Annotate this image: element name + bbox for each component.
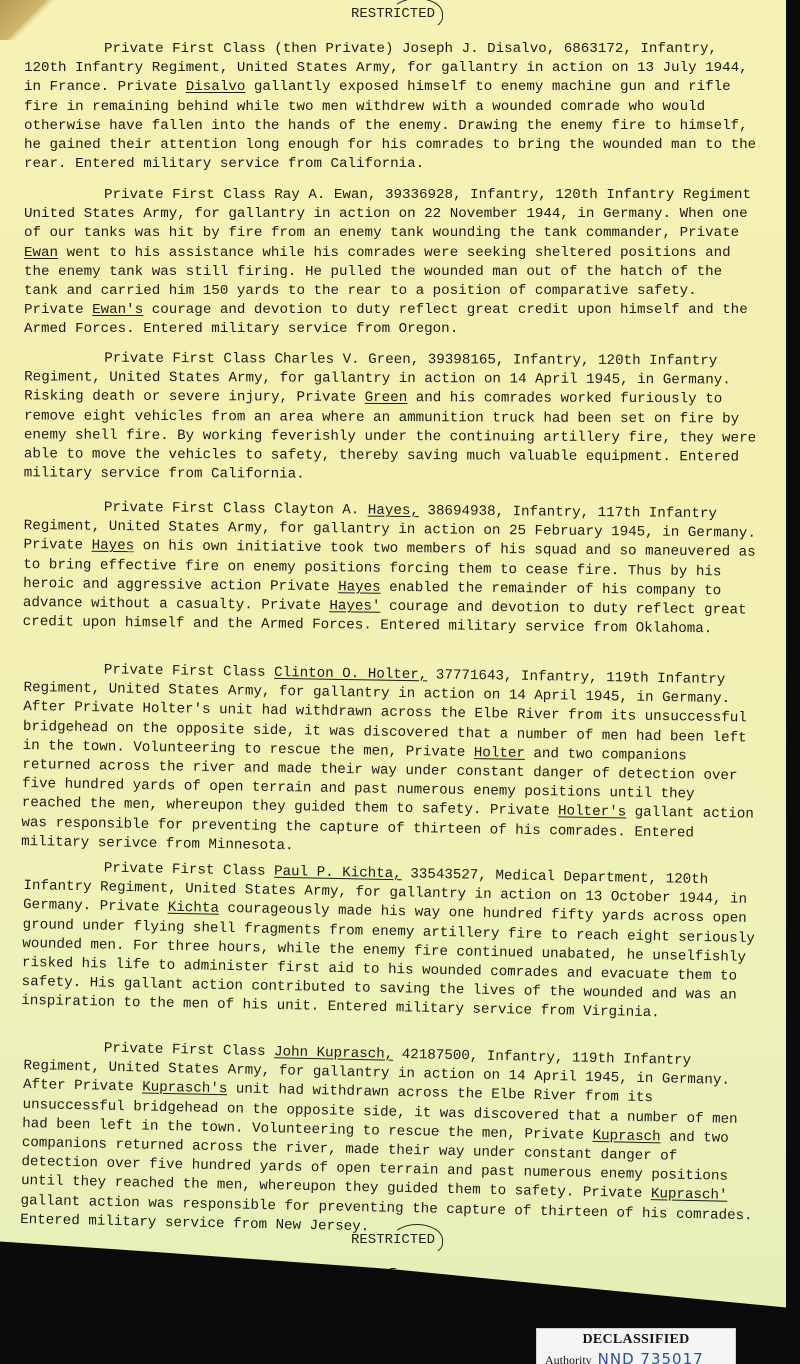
- citation-text: courageously made his way one hundred fi…: [21, 901, 755, 1021]
- citation-hayes: Private First Class Clayton A. Hayes, 38…: [23, 498, 764, 640]
- declassified-stamp: DECLASSIFIED Authority NND 735017: [536, 1328, 736, 1364]
- underlined-name: Paul P. Kichta,: [274, 864, 402, 882]
- underlined-name: Hayes: [92, 538, 135, 554]
- underlined-name: Clinton O. Holter,: [274, 665, 427, 683]
- citation-kuprasch: Private First Class John Kuprasch, 42187…: [20, 1038, 764, 1245]
- citation-kichta: Private First Class Paul P. Kichta, 3354…: [21, 858, 764, 1026]
- underlined-name: Disalvo: [186, 79, 246, 95]
- citation-text: Private First Class: [104, 662, 275, 681]
- strikeout-loop-icon: [391, 1224, 443, 1256]
- underlined-name: Green: [365, 390, 408, 406]
- citation-disalvo: Private First Class (then Private) Josep…: [24, 40, 764, 174]
- underlined-name: Ewan's: [92, 302, 143, 318]
- citation-ewan: Private First Class Ray A. Ewan, 3933692…: [24, 186, 764, 340]
- citation-text: Private First Class: [104, 1041, 275, 1061]
- classification-header: RESTRICTED: [0, 6, 786, 22]
- citation-holter: Private First Class Clinton O. Holter, 3…: [21, 660, 764, 864]
- underlined-name: Hayes: [338, 579, 381, 595]
- underlined-name: Holter's: [558, 804, 626, 821]
- underlined-name: Kuprasch': [651, 1187, 728, 1205]
- underlined-name: John Kuprasch,: [274, 1044, 394, 1062]
- declassified-title: DECLASSIFIED: [537, 1332, 735, 1348]
- authority-label: Authority: [545, 1353, 592, 1364]
- underlined-name: Kuprasch's: [142, 1080, 227, 1098]
- citation-text: Private First Class Ray A. Ewan, 3933692…: [24, 187, 751, 241]
- underlined-name: Kichta: [168, 900, 219, 917]
- strikeout-loop-icon: [391, 0, 443, 30]
- document-page: RESTRICTED Private First Class (then Pri…: [0, 0, 786, 1318]
- underlined-name: Kuprasch: [592, 1128, 660, 1145]
- page-number: -5-: [0, 1266, 786, 1282]
- declassified-authority: Authority NND 735017: [545, 1350, 704, 1364]
- citation-text: Private First Class: [104, 861, 275, 880]
- underlined-name: Hayes,: [368, 503, 419, 520]
- underlined-name: Holter: [474, 745, 525, 762]
- underlined-name: Hayes': [329, 598, 380, 615]
- authority-value: NND 735017: [598, 1350, 704, 1364]
- citation-green: Private First Class Charles V. Green, 39…: [24, 349, 765, 487]
- citation-text: Private First Class Clayton A.: [104, 500, 368, 519]
- classification-footer: RESTRICTED: [0, 1232, 786, 1248]
- underlined-name: Ewan: [24, 245, 58, 261]
